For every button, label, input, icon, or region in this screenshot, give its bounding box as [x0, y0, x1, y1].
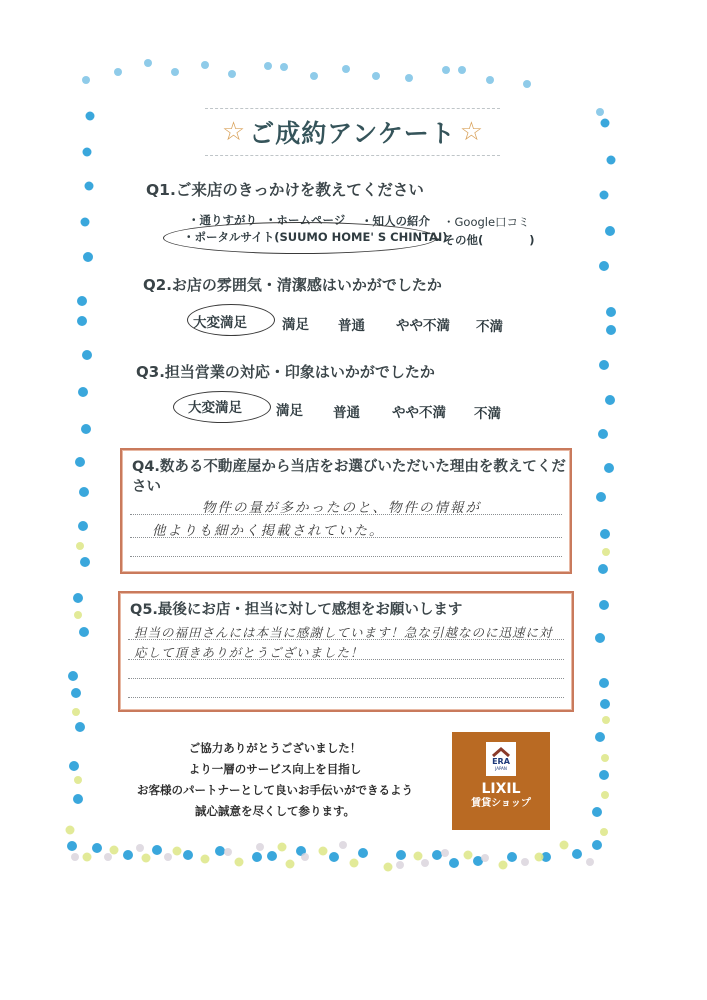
q2-question: Q2.お店の雰囲気・清潔感はいかがでしたか: [143, 274, 442, 295]
q3-option-somewhat-dissatisfied[interactable]: やや不満: [392, 401, 446, 421]
q2-option-satisfied[interactable]: 満足: [282, 313, 309, 333]
star-icon: ☆: [222, 119, 245, 145]
star-icon: ☆: [460, 119, 483, 145]
q2-option-dissatisfied[interactable]: 不満: [476, 315, 503, 335]
ruled-line: [128, 678, 564, 679]
q4-question: Q4.数ある不動産屋から当店をお選びいただいた理由を教えてください: [122, 450, 570, 497]
selection-circle: [163, 222, 437, 254]
q2-option-neutral[interactable]: 普通: [338, 314, 365, 334]
q2-option-somewhat-dissatisfied[interactable]: やや不満: [396, 314, 450, 334]
survey-title-banner: ☆ ご成約アンケート ☆: [205, 108, 500, 156]
lixil-era-logo: ERA JAPAN LIXIL 賃貸ショップ: [452, 732, 550, 830]
rental-shop-text: 賃貸ショップ: [471, 797, 531, 811]
lixil-text: LIXIL: [481, 781, 520, 797]
selection-circle: [187, 304, 275, 336]
q3-option-neutral[interactable]: 普通: [333, 401, 360, 421]
q1-question: Q1.ご来店のきっかけを教えてください: [146, 178, 424, 200]
era-logo-mark: ERA JAPAN: [486, 742, 516, 776]
selection-circle: [173, 391, 271, 423]
q3-option-satisfied[interactable]: 満足: [276, 399, 303, 419]
closing-line: 誠心誠意を尽くして参ります。: [110, 801, 440, 822]
survey-title: ご成約アンケート: [249, 114, 456, 150]
q4-answer-box: Q4.数ある不動産屋から当店をお選びいただいた理由を教えてください 物件の量が多…: [120, 448, 572, 574]
q4-answer-line-2[interactable]: 他よりも細かく掲載されていた。: [152, 519, 385, 539]
q4-answer-line-1[interactable]: 物件の量が多かったのと、物件の情報が: [202, 496, 481, 516]
closing-line: より一層のサービス向上を目指し: [110, 759, 440, 780]
ruled-line: [128, 697, 564, 698]
q5-question: Q5.最後にお店・担当に対して感想をお願いします: [120, 593, 572, 620]
q3-question: Q3.担当営業の対応・印象はいかがでしたか: [136, 361, 435, 382]
house-roof-icon: [492, 747, 510, 757]
q3-option-dissatisfied[interactable]: 不満: [474, 402, 501, 422]
ruled-line: [130, 556, 562, 557]
q1-option-google-review[interactable]: ・Google口コミ: [443, 214, 530, 230]
japan-text: JAPAN: [495, 766, 507, 771]
closing-line: お客様のパートナーとして良いお手伝いができるよう: [110, 780, 440, 801]
q1-option-other[interactable]: ・その他( ): [432, 232, 535, 248]
era-text: ERA: [492, 757, 510, 766]
closing-line: ご協力ありがとうございました！: [110, 738, 440, 759]
q5-answer-box: Q5.最後にお店・担当に対して感想をお願いします 担当の福田さんには本当に感謝し…: [118, 591, 574, 712]
closing-message: ご協力ありがとうございました！ より一層のサービス向上を目指し お客様のパートナ…: [110, 738, 440, 822]
q5-answer-text[interactable]: 担当の福田さんには本当に感謝しています！急な引越なのに迅速に対応して頂きありがと…: [134, 623, 564, 663]
